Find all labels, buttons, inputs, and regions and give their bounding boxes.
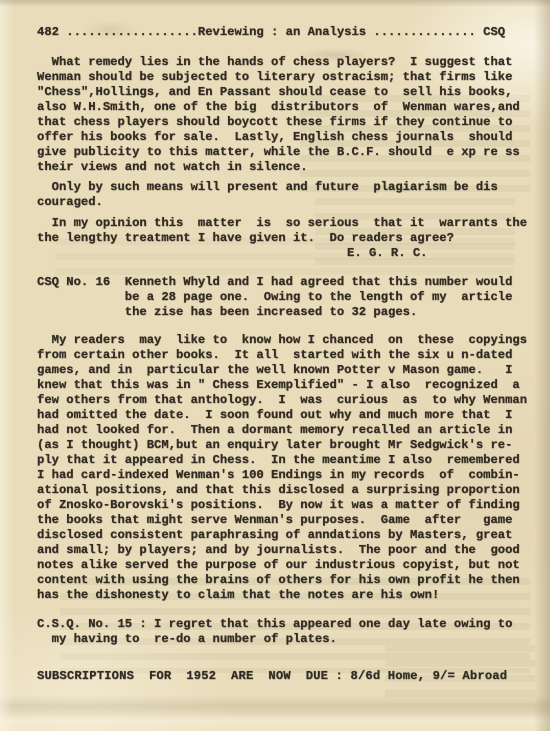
text-line: Only by such means will present and futu… <box>37 180 536 195</box>
text-line: couraged. <box>37 195 536 210</box>
subscription-notice: SUBSCRIPTIONS FOR 1952 ARE NOW DUE : 8/6… <box>37 669 536 684</box>
text-line: had omitted the date. I soon found out w… <box>37 408 536 423</box>
text-line: of Znosko-Borovski's positions. By now i… <box>37 498 536 513</box>
text-line: the zise has been increased to 32 pages. <box>37 305 536 320</box>
text-line: few others from that anthology. I was cu… <box>37 393 536 408</box>
text-line: the books that might serve Wenman's purp… <box>37 513 536 528</box>
signature-initials: E. G. R. C. <box>37 246 536 261</box>
text-line: What remedy lies in the hands of chess p… <box>37 55 536 70</box>
text-line: knew that this was in " Chess Exemplifie… <box>37 378 536 393</box>
text-line: has the dishonesty to claim that the not… <box>37 588 536 603</box>
text-line: I had card-indexed Wenman's 100 Endings … <box>37 468 536 483</box>
text-line: be a 28 page one. Owing to the length of… <box>37 290 536 305</box>
text-line: "Chess",Hollings, and En Passant should … <box>37 85 536 100</box>
text-line: CSQ No. 16 Kenneth Whyld and I had agree… <box>37 275 536 290</box>
text-line: their views and not watch in silence. <box>37 160 536 175</box>
text-line: games, and in particular the well known … <box>37 363 536 378</box>
paragraph-plagiarism-discouraged: Only by such means will present and futu… <box>37 180 536 210</box>
paragraph-opinion: In my opinion this matter is so serious … <box>37 216 536 246</box>
text-line: Wenman should be subjected to literary o… <box>37 70 536 85</box>
text-line: also W.H.Smith, one of the big distribut… <box>37 100 536 115</box>
text-line: the lengthy treatment I have given it. D… <box>37 231 536 246</box>
text-line: content with using the brains of others … <box>37 573 536 588</box>
text-line: offer his books for sale. Lastly, Englis… <box>37 130 536 145</box>
text-line: had not looked for. Then a dormant memor… <box>37 423 536 438</box>
text-line: C.S.Q. No. 15 : I regret that this appea… <box>37 617 536 632</box>
text-line: that chess players should boycott these … <box>37 115 536 130</box>
paragraph-remedy: What remedy lies in the hands of chess p… <box>37 55 536 175</box>
page-header: 482 ..................Reviewing : an Ana… <box>37 25 536 40</box>
paragraph-copyings-story: My readers may like to know how I chance… <box>37 333 536 603</box>
typewritten-text-layer: 482 ..................Reviewing : an Ana… <box>0 0 550 731</box>
text-line: (as I thought) BCM,but an enquiry later … <box>37 438 536 453</box>
text-line: and small; by players; and by journalist… <box>37 543 536 558</box>
text-line: My readers may like to know how I chance… <box>37 333 536 348</box>
text-line: disclosed consistent paraphrasing of ann… <box>37 528 536 543</box>
text-line: from certain other books. It all started… <box>37 348 536 363</box>
text-line: my having to re-do a number of plates. <box>37 632 536 647</box>
text-line: give publicity to this matter, while the… <box>37 145 536 160</box>
paragraph-csq-no15: C.S.Q. No. 15 : I regret that this appea… <box>37 617 536 647</box>
text-line: In my opinion this matter is so serious … <box>37 216 536 231</box>
scanned-magazine-page: 482 ..................Reviewing : an Ana… <box>0 0 550 731</box>
text-line: notes alike served the purpose of our in… <box>37 558 536 573</box>
paragraph-csq-no16: CSQ No. 16 Kenneth Whyld and I had agree… <box>37 275 536 320</box>
text-line: ational positions, and that this disclos… <box>37 483 536 498</box>
text-line: ply that it appeared in Chess. In the me… <box>37 453 536 468</box>
